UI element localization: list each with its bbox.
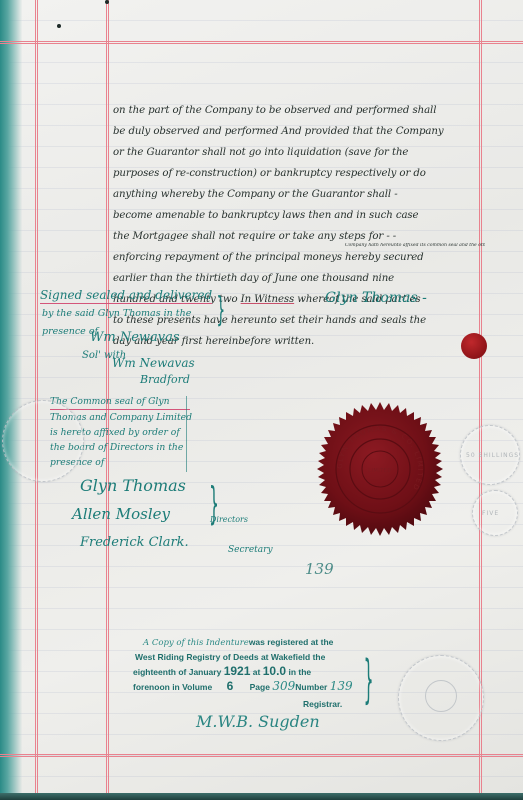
director-signature: Glyn Thomas (80, 476, 186, 495)
registry-line: West Riding Registry of Deeds at Wakefie… (135, 650, 325, 664)
interlineation-note: Company hath hereunto affixed its common… (345, 243, 485, 248)
body-line: become amenable to bankruptcy laws then … (113, 205, 479, 226)
secretary-label: Secretary (228, 545, 273, 555)
body-line: anything whereby the Company or the Guar… (113, 184, 479, 205)
registry-line: was registered at the (249, 637, 334, 647)
margin-rule-bottom (0, 754, 523, 757)
seal-center-text: LIMITED (368, 468, 392, 474)
brace-icon: } (364, 650, 374, 710)
registry-year: 1921 (224, 664, 251, 678)
scan-edge-left (0, 0, 22, 800)
registry-date: eighteenth of January (133, 667, 221, 677)
witness-signature-2: Wm Newavas (112, 356, 195, 370)
guarantor-signature: Glyn Thomas - (325, 290, 427, 306)
registry-handwritten-intro: A Copy of this Indenture (143, 638, 249, 648)
registry-time: 10.0 (263, 664, 286, 678)
body-line: or the Guarantor shall not go into liqui… (113, 142, 479, 163)
registry-number: 139 (330, 679, 353, 693)
reference-number: 139 (305, 560, 334, 578)
wax-seal-small (461, 333, 487, 359)
directors-label: Directors (210, 515, 248, 524)
margin-rule-top (0, 41, 523, 44)
signed-clause-line: by the said Glyn Thomas in the (42, 308, 191, 319)
margin-rule-left-outer (35, 0, 38, 793)
registrar-signature: M.W.B. Sugden (196, 712, 320, 731)
body-line: purposes of re-construction) or bankrupt… (113, 163, 479, 184)
embossed-seal-left (2, 400, 84, 482)
registry-volume: 6 (227, 679, 234, 693)
tudor-rose-icon (425, 680, 457, 712)
company-wafer-seal: GLYN THOMAS & CO. LIMITED LIMITED (313, 402, 447, 536)
witness-signature: Wm Newavas (90, 330, 180, 345)
body-line: on the part of the Company to be observe… (113, 100, 479, 121)
signed-sealed-delivered-heading: Signed sealed and delivered (40, 288, 212, 304)
registrar-label: Registrar. (303, 697, 342, 711)
witness-place: Bradford (140, 373, 190, 386)
registry-page: 309 (272, 679, 295, 693)
brace-icon: } (216, 290, 225, 330)
punch-hole (105, 0, 109, 4)
revenue-stamp-label: 50 SHILLINGS (466, 452, 519, 459)
revenue-stamp-label: FIVE (482, 510, 499, 517)
punch-hole (57, 24, 61, 28)
body-line: enforcing repayment of the principal mon… (113, 247, 479, 268)
secretary-signature: Frederick Clark. (80, 535, 189, 550)
director-signature: Allen Mosley (72, 505, 170, 523)
body-line: earlier than the thirtieth day of June o… (113, 268, 479, 289)
in-witness-phrase: In Witness (241, 294, 295, 305)
seal-clause-line: The Common seal of Glyn (50, 394, 190, 410)
seal-clause-bracket (186, 396, 187, 472)
scan-edge-bottom (0, 793, 523, 800)
body-line: be duly observed and performed And provi… (113, 121, 479, 142)
margin-rule-right (479, 0, 482, 793)
